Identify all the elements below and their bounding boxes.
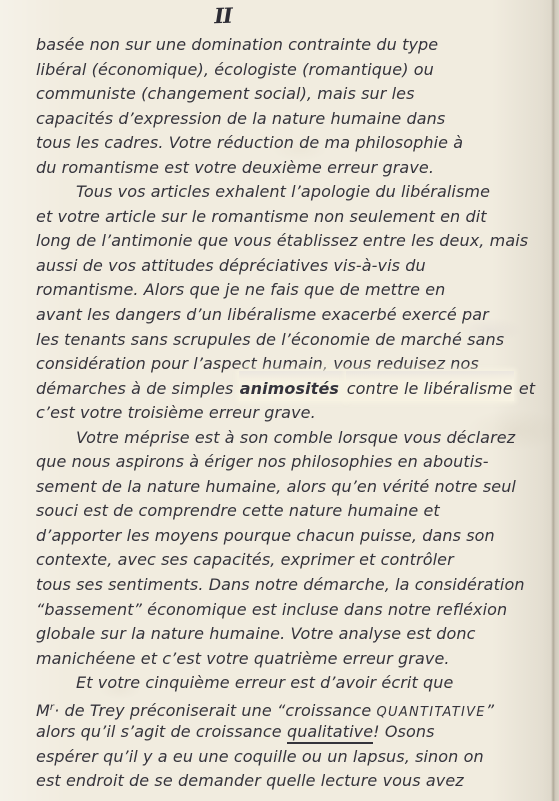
text-segment: long de l’antimonie que vous établissez … <box>36 231 528 250</box>
handwritten-line: souci est de comprendre cette nature hum… <box>36 499 537 524</box>
text-segment: souci est de comprendre cette nature hum… <box>36 501 440 520</box>
text-segment: manichéene et c’est votre quatrième erre… <box>36 649 450 668</box>
handwritten-line: contexte, avec ses capacités, exprimer e… <box>36 548 537 573</box>
handwritten-line: globale sur la nature humaine. Votre ana… <box>36 622 537 647</box>
text-segment: c’est votre troisième erreur grave. <box>36 403 316 422</box>
text-segment: libéral (économique), écologiste (romant… <box>36 60 434 79</box>
handwritten-line: capacités d’expression de la nature huma… <box>36 107 537 132</box>
scan-edge-shadow <box>551 0 559 801</box>
text-segment: sement de la nature humaine, alors qu’en… <box>36 477 516 496</box>
handwritten-line: manichéene et c’est votre quatrième erre… <box>36 647 537 672</box>
text-segment: romantisme. Alors que je ne fais que de … <box>36 280 445 299</box>
handwritten-line: que nous aspirons à ériger nos philosoph… <box>36 450 537 475</box>
handwritten-line: démarches à de simples animosités contre… <box>36 377 537 402</box>
handwritten-line: alors qu’il s’agit de croissance qualita… <box>36 720 537 745</box>
text-segment: basée non sur une domination contrainte … <box>36 35 438 54</box>
text-segment: tous les cadres. Votre réduction de ma p… <box>36 133 463 152</box>
text-segment: Et votre cinquième erreur est d’avoir éc… <box>76 673 453 692</box>
text-segment: Tous vos articles exhalent l’apologie du… <box>76 182 490 201</box>
text-segment: “bassement” économique est incluse dans … <box>36 600 507 619</box>
handwritten-line: sement de la nature humaine, alors qu’en… <box>36 475 537 500</box>
text-segment: et votre article sur le romantisme non s… <box>36 207 487 226</box>
text-segment: ! Osons <box>373 722 434 741</box>
handwritten-line: Et votre cinquième erreur est d’avoir éc… <box>36 671 537 696</box>
text-segment: communiste (changement social), mais sur… <box>36 84 415 103</box>
handwritten-line: aussi de vos attitudes dépréciatives vis… <box>36 254 537 279</box>
page-number: II <box>213 3 232 29</box>
text-segment: démarches à de simples <box>36 379 239 398</box>
handwritten-line: “bassement” économique est incluse dans … <box>36 598 537 623</box>
text-segment: tous ses sentiments. Dans notre démarche… <box>36 575 525 594</box>
handwritten-line: communiste (changement social), mais sur… <box>36 82 537 107</box>
handwritten-line: tous ses sentiments. Dans notre démarche… <box>36 573 537 598</box>
handwritten-line: c’est votre troisième erreur grave. <box>36 401 537 426</box>
text-segment: · de Trey préconiserait une “croissance <box>54 701 376 720</box>
text-segment: ” <box>486 701 494 720</box>
text-segment: contexte, avec ses capacités, exprimer e… <box>36 550 454 569</box>
handwritten-line: Tous vos articles exhalent l’apologie du… <box>36 180 537 205</box>
corrected-text: contre le libéralisme <box>346 371 514 401</box>
text-segment: avant les dangers d’un libéralisme exace… <box>36 305 489 324</box>
handwritten-line: basée non sur une domination contrainte … <box>36 33 537 58</box>
handwritten-line: du romantisme est votre deuxième erreur … <box>36 156 537 181</box>
handwritten-line: romantisme. Alors que je ne fais que de … <box>36 278 537 303</box>
caps-text: QUANTITATIVE <box>376 705 485 720</box>
text-segment: que nous aspirons à ériger nos philosoph… <box>36 452 489 471</box>
handwritten-line: d’apporter les moyens pourque chacun pui… <box>36 524 537 549</box>
text-segment: Votre méprise est à son comble lorsque v… <box>76 428 515 447</box>
handwritten-line: Votre méprise est à son comble lorsque v… <box>36 426 537 451</box>
handwritten-line: Mr· de Trey préconiserait une “croissanc… <box>36 696 537 721</box>
handwritten-line: avant les dangers d’un libéralisme exace… <box>36 303 537 328</box>
text-segment: du romantisme est votre deuxième erreur … <box>36 158 434 177</box>
handwritten-line: tous les cadres. Votre réduction de ma p… <box>36 131 537 156</box>
text-segment: d’apporter les moyens pourque chacun pui… <box>36 526 495 545</box>
text-segment: alors qu’il s’agit de croissance <box>36 722 287 741</box>
text-segment: espérer qu’il y a eu une coquille ou un … <box>36 747 484 766</box>
handwritten-line: espérer qu’il y a eu une coquille ou un … <box>36 745 537 770</box>
text-segment: et <box>514 379 536 398</box>
text-segment: globale sur la nature humaine. Votre ana… <box>36 624 476 643</box>
text-segment: aussi de vos attitudes dépréciatives vis… <box>36 256 426 275</box>
handwritten-line: libéral (économique), écologiste (romant… <box>36 58 537 83</box>
corrected-text: animosités <box>239 371 346 401</box>
letter-body: basée non sur une domination contrainte … <box>36 33 537 794</box>
handwritten-line: est endroit de se demander quelle lectur… <box>36 769 537 794</box>
text-segment: les tenants sans scrupules de l’économie… <box>36 330 504 349</box>
text-segment: est endroit de se demander quelle lectur… <box>36 771 464 790</box>
text-segment: capacités d’expression de la nature huma… <box>36 109 445 128</box>
handwritten-line: long de l’antimonie que vous établissez … <box>36 229 537 254</box>
handwritten-line: les tenants sans scrupules de l’économie… <box>36 328 537 353</box>
underline-text: qualitative <box>287 722 373 744</box>
text-segment: M <box>36 701 50 720</box>
scanned-letter-page: II basée non sur une domination contrain… <box>0 0 559 801</box>
handwritten-line: et votre article sur le romantisme non s… <box>36 205 537 230</box>
